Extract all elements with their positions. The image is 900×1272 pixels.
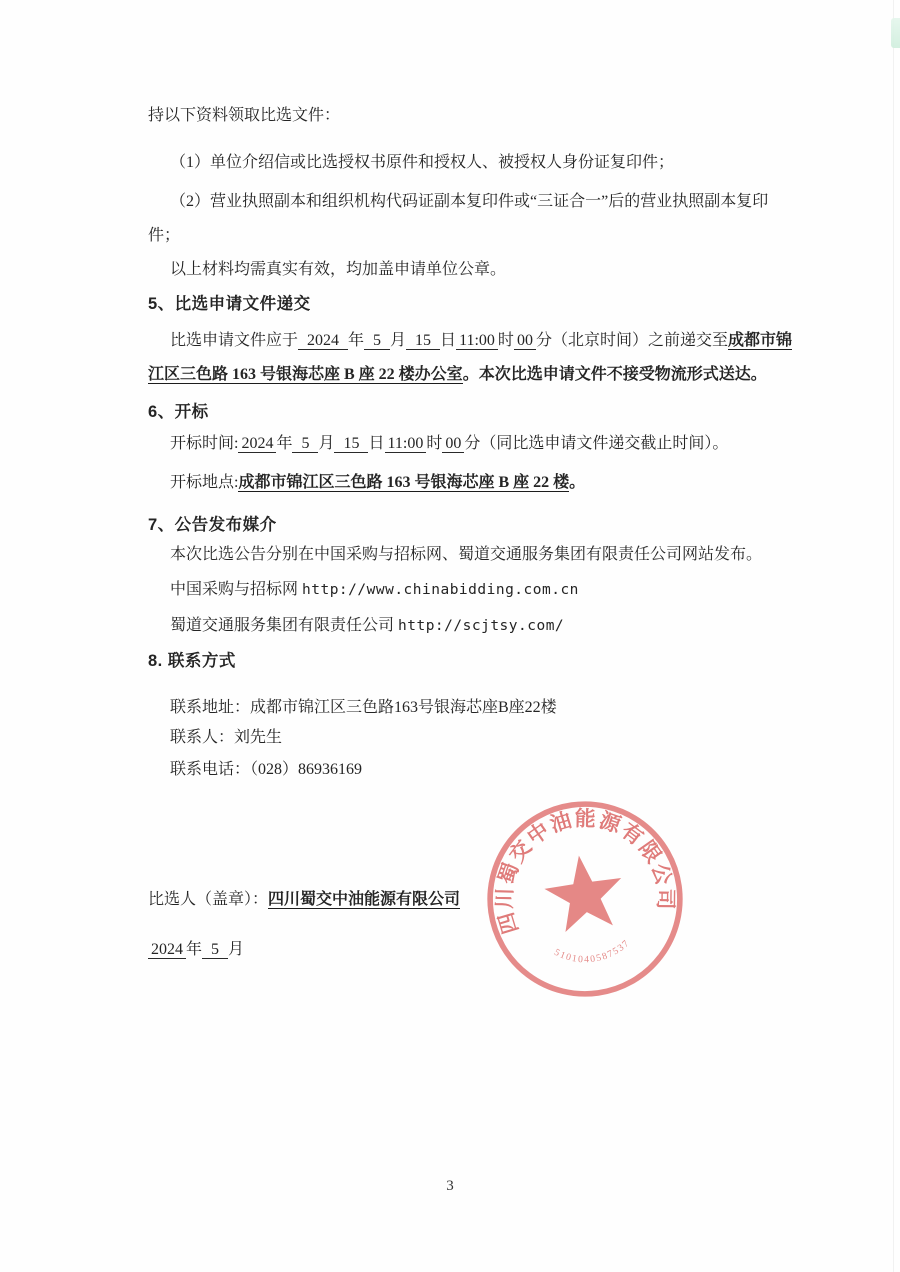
s6-month-blank: 5 — [292, 435, 318, 453]
media-line-scjtsy: 蜀道交通服务集团有限责任公司 http://scjtsy.com/ — [148, 609, 794, 643]
media-line-chinabidding: 中国采购与招标网 http://www.chinabidding.com.cn — [148, 573, 794, 607]
s6-day-unit: 日 — [368, 435, 384, 452]
intro-note: 以上材料均需真实有效，均加盖申请单位公章。 — [148, 253, 794, 287]
s5-month-blank: 5 — [364, 332, 390, 350]
s6-time-tail: （同比选申请文件递交截止时间）。 — [480, 435, 728, 452]
signature-line: 比选人（盖章）：四川蜀交中油能源有限公司 — [148, 883, 794, 917]
contact-phone: 联系电话：（028）86936169 — [148, 753, 794, 787]
media2-name: 蜀道交通服务集团有限责任公司 — [170, 617, 394, 634]
s5-period: 。 — [463, 366, 479, 383]
date-year: 2024 — [148, 941, 186, 959]
s5-day-blank: 15 — [406, 332, 440, 350]
s5-hour-unit: 时 — [498, 332, 514, 349]
media1-url: http://www.chinabidding.com.cn — [302, 582, 579, 598]
s5-minute-blank: 00 — [514, 332, 536, 350]
s6-year-unit: 年 — [276, 435, 292, 452]
s5-mid: （北京时间）之前递交至 — [552, 332, 728, 349]
s6-minute-blank: 00 — [442, 435, 464, 453]
section5-body: 比选申请文件应于2024年5月15日11:00时00分（北京时间）之前递交至成都… — [148, 324, 794, 392]
s6-minute-unit: 分 — [464, 435, 480, 452]
s6-venue-label: 开标地点: — [170, 474, 238, 491]
media1-name: 中国采购与招标网 — [170, 581, 298, 598]
page-number: 3 — [0, 1178, 900, 1195]
corner-mark — [891, 18, 900, 48]
signature-date-line: 2024年5月 — [148, 933, 794, 967]
scan-edge-line — [893, 0, 894, 1272]
s5-prefix: 比选申请文件应于 — [170, 332, 298, 349]
section6-heading: 6、开标 — [148, 397, 794, 427]
signature-label: 比选人（盖章）： — [148, 891, 268, 908]
date-month: 5 — [202, 941, 228, 959]
signature-company: 四川蜀交中油能源有限公司 — [268, 891, 460, 909]
date-month-unit: 月 — [228, 941, 244, 958]
s5-notice: 本次比选申请文件不接受物流形式送达。 — [479, 366, 767, 383]
s5-year-unit: 年 — [348, 332, 364, 349]
s6-time-label: 开标时间: — [170, 435, 238, 452]
s6-day-blank: 15 — [334, 435, 368, 453]
s6-year-blank: 2024 — [238, 435, 276, 453]
s6-venue: 成都市锦江区三色路 163 号银海芯座 B 座 22 楼 — [238, 474, 569, 492]
s5-year-blank: 2024 — [298, 332, 348, 350]
section5-heading: 5、比选申请文件递交 — [148, 289, 794, 319]
section8-heading: 8. 联系方式 — [148, 646, 794, 676]
s6-month-unit: 月 — [318, 435, 334, 452]
intro-item-1: （1）单位介绍信或比选授权书原件和授权人、被授权人身份证复印件； — [148, 146, 794, 180]
document-page: 持以下资料领取比选文件： （1）单位介绍信或比选授权书原件和授权人、被授权人身份… — [0, 0, 900, 1272]
contact-address: 联系地址：成都市锦江区三色路163号银海芯座B座22楼 — [148, 691, 794, 725]
s5-minute-unit: 分 — [536, 332, 552, 349]
section7-heading: 7、公告发布媒介 — [148, 510, 794, 540]
media2-url: http://scjtsy.com/ — [398, 618, 564, 634]
intro-lead: 持以下资料领取比选文件： — [148, 99, 794, 133]
s6-hour-blank: 11:00 — [385, 435, 427, 453]
s5-month-unit: 月 — [390, 332, 406, 349]
contact-person: 联系人：刘先生 — [148, 721, 794, 755]
s6-venue-period: 。 — [569, 474, 585, 491]
s6-hour-unit: 时 — [426, 435, 442, 452]
section7-intro: 本次比选公告分别在中国采购与招标网、蜀道交通服务集团有限责任公司网站发布。 — [148, 538, 794, 572]
s5-hour-blank: 11:00 — [456, 332, 498, 350]
s5-day-unit: 日 — [440, 332, 456, 349]
intro-item-2: （2）营业执照副本和组织机构代码证副本复印件或“三证合一”后的营业执照副本复印件… — [148, 185, 794, 253]
section6-venue-line: 开标地点:成都市锦江区三色路 163 号银海芯座 B 座 22 楼。 — [148, 466, 794, 500]
section6-time-line: 开标时间:2024年5月15日11:00时00分（同比选申请文件递交截止时间）。 — [148, 427, 794, 461]
document-content: 持以下资料领取比选文件： （1）单位介绍信或比选授权书原件和授权人、被授权人身份… — [148, 0, 794, 967]
date-year-unit: 年 — [186, 941, 202, 958]
